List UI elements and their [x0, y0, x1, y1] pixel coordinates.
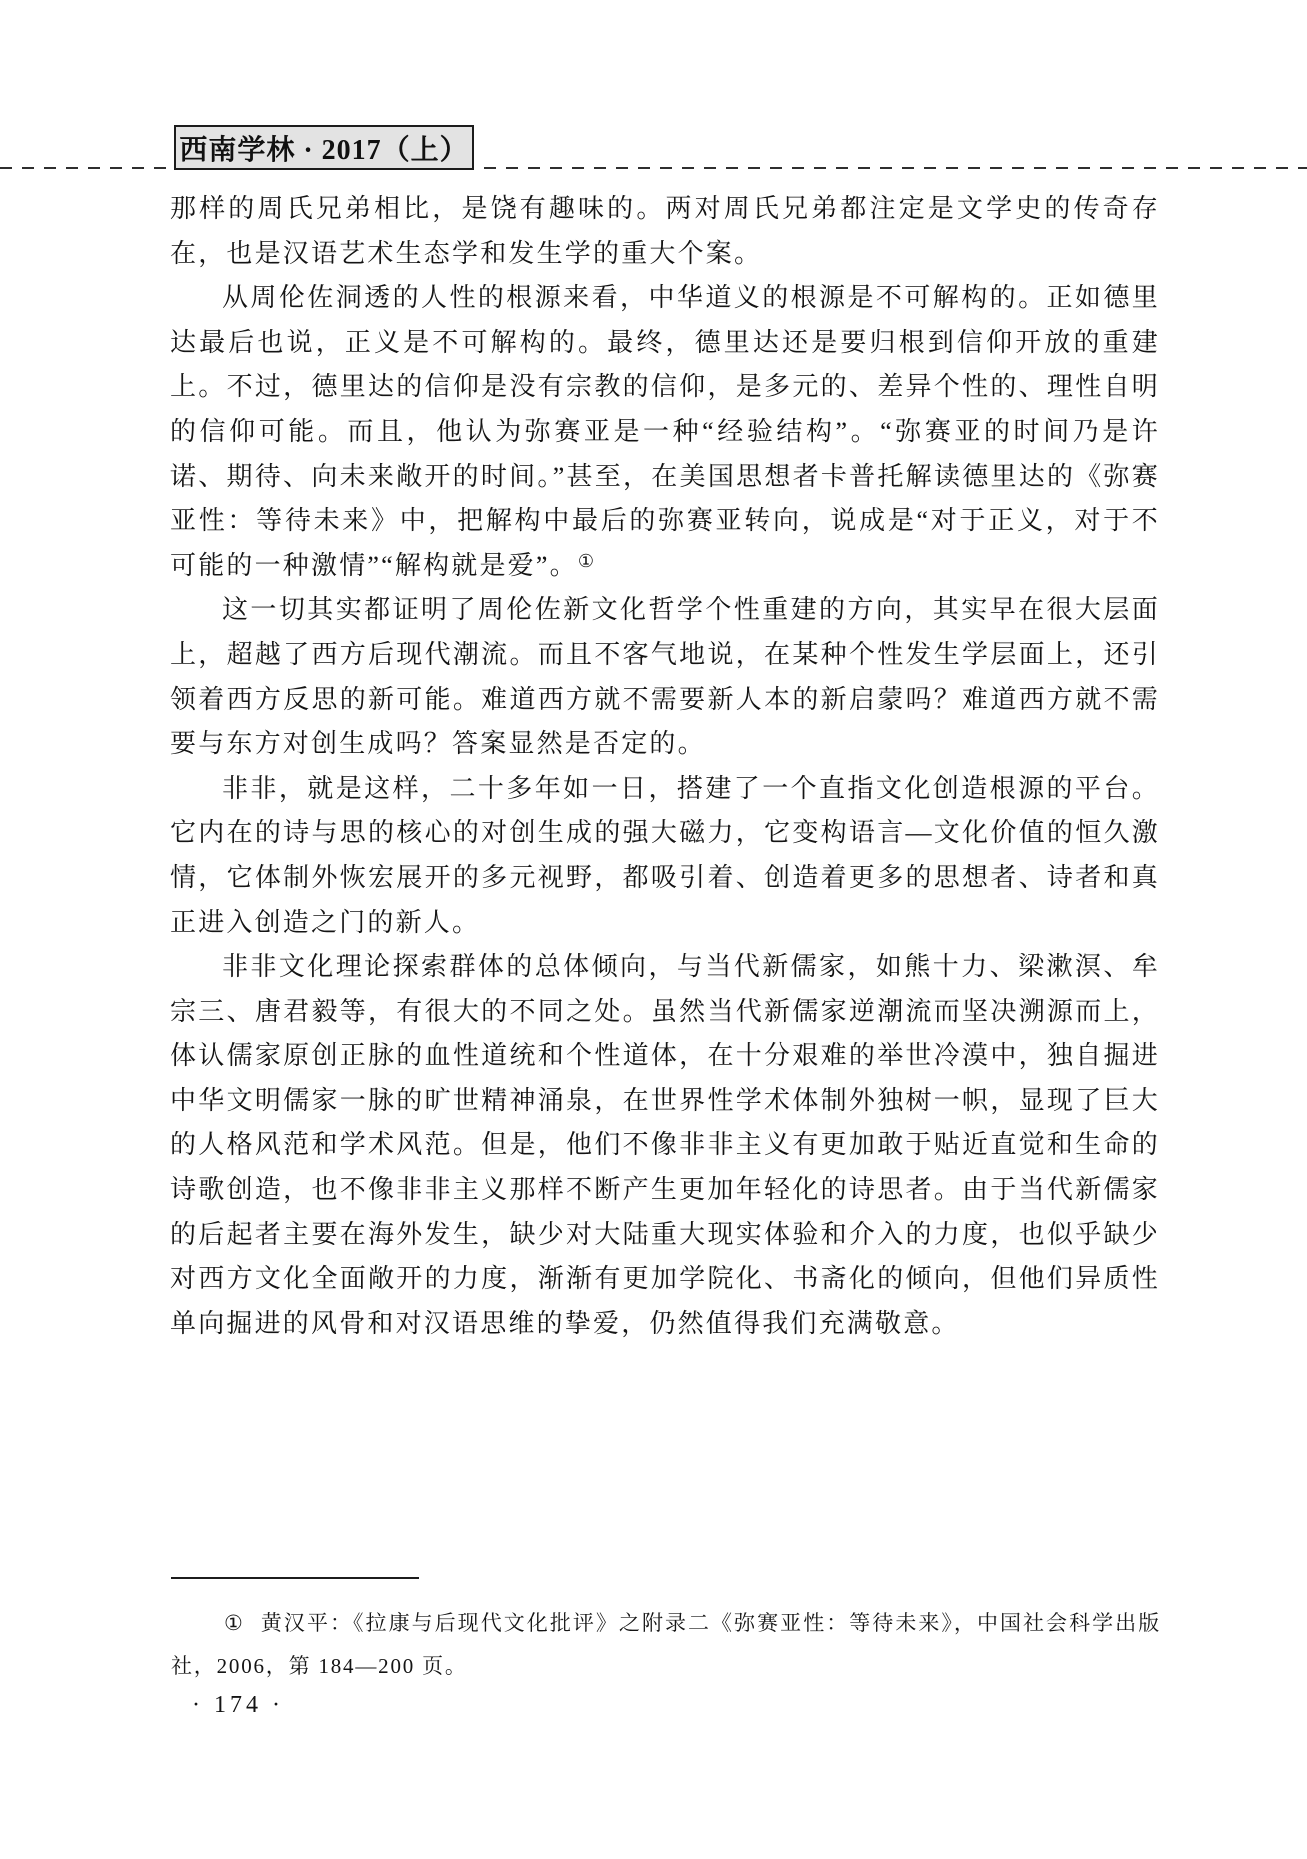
paragraph: 这一切其实都证明了周伦佐新文化哲学个性重建的方向，其实早在很大层面上，超越了西方… [170, 588, 1160, 766]
body-text: 那样的周氏兄弟相比，是饶有趣味的。两对周氏兄弟都注定是文学史的传奇存在，也是汉语… [170, 187, 1160, 1346]
book-page: 西南学林 · 2017（上） 那样的周氏兄弟相比，是饶有趣味的。两对周氏兄弟都注… [0, 0, 1307, 1859]
paragraph: 非非，就是这样，二十多年如一日，搭建了一个直指文化创造根源的平台。它内在的诗与思… [170, 767, 1160, 945]
footnote-body: 黄汉平：《拉康与后现代文化批评》之附录二《弥赛亚性：等待未来》，中国社会科学出版… [171, 1611, 1161, 1678]
footnote-marker: ① [224, 1611, 245, 1635]
footnote-reference: ① [578, 551, 594, 571]
footnote-separator [171, 1577, 419, 1579]
paragraph: 那样的周氏兄弟相比，是饶有趣味的。两对周氏兄弟都注定是文学史的传奇存在，也是汉语… [170, 187, 1160, 276]
journal-title: 西南学林 · 2017（上） [179, 128, 468, 168]
page-number: · 174 · [192, 1692, 284, 1719]
paragraph: 非非文化理论探索群体的总体倾向，与当代新儒家，如熊十力、梁漱溟、牟宗三、唐君毅等… [170, 945, 1160, 1346]
journal-header-box: 西南学林 · 2017（上） [174, 125, 474, 170]
footnote: ①黄汉平：《拉康与后现代文化批评》之附录二《弥赛亚性：等待未来》，中国社会科学出… [171, 1602, 1161, 1688]
paragraph: 从周伦佐洞透的人性的根源来看，中华道义的根源是不可解构的。正如德里达最后也说，正… [170, 276, 1160, 588]
